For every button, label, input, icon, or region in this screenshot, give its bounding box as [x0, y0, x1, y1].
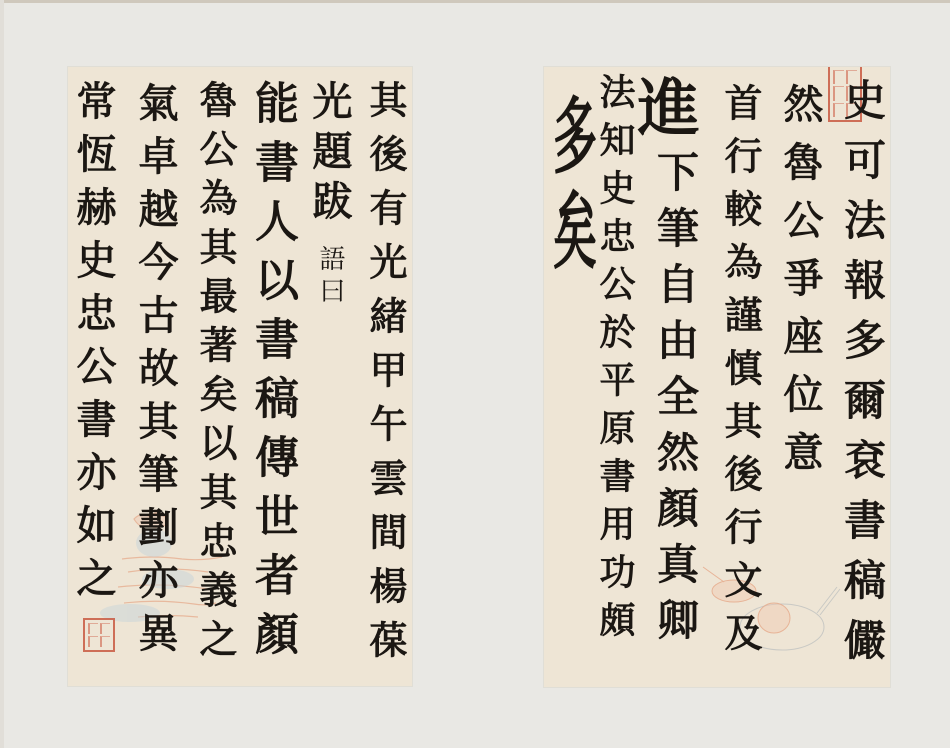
calligraphy-column-5: 法知史忠公於平原書用功頗 — [597, 73, 633, 649]
calligraphy-column-4-large: 進 — [632, 75, 694, 137]
album-leaf-left: 其後有光緒甲午雲間楊葆 光題跋 語曰 能書人以書稿傳世者顏 魯公為其最著矣以其忠… — [68, 67, 412, 686]
frame-left-edge — [0, 0, 4, 748]
red-square-seal-icon — [83, 618, 115, 652]
calligraphy-column-6: 常恆赫史忠公書亦如之 — [73, 80, 113, 610]
seal-glyph — [88, 636, 98, 647]
calligraphy-column-4: 魯公為其最著矣以其忠義之 — [196, 80, 234, 668]
calligraphy-column-3: 首行較為謹慎其後行文及 — [721, 83, 759, 666]
calligraphy-column-2: 然魯公爭座位意 — [780, 83, 820, 489]
frame-top-edge — [0, 0, 950, 3]
calligraphy-column-2: 光題跋 — [309, 80, 349, 230]
seal-glyph — [100, 636, 110, 647]
calligraphy-column-3: 能書人以書稿傳世者顏 — [250, 80, 294, 670]
calligraphy-column-6: 多矣 — [548, 92, 592, 282]
calligraphy-column-1: 史可法報多爾袞書稿儼 — [841, 78, 883, 678]
calligraphy-column-2-small: 語曰 — [317, 245, 343, 309]
seal-glyph — [100, 623, 110, 634]
faint-clouds-icon — [68, 67, 412, 686]
calligraphy-column-5: 氣卓越今古故其筆劃亦異 — [135, 82, 175, 665]
calligraphy-column-1: 其後有光緒甲午雲間楊葆 — [366, 80, 404, 674]
seal-glyph — [88, 623, 98, 634]
album-leaf-right: 史可法報多爾袞書稿儼 然魯公爭座位意 首行較為謹慎其後行文及 進 下筆自由全然顏… — [544, 67, 890, 687]
calligraphy-column-4: 下筆自由全然顏真卿 — [654, 150, 696, 654]
